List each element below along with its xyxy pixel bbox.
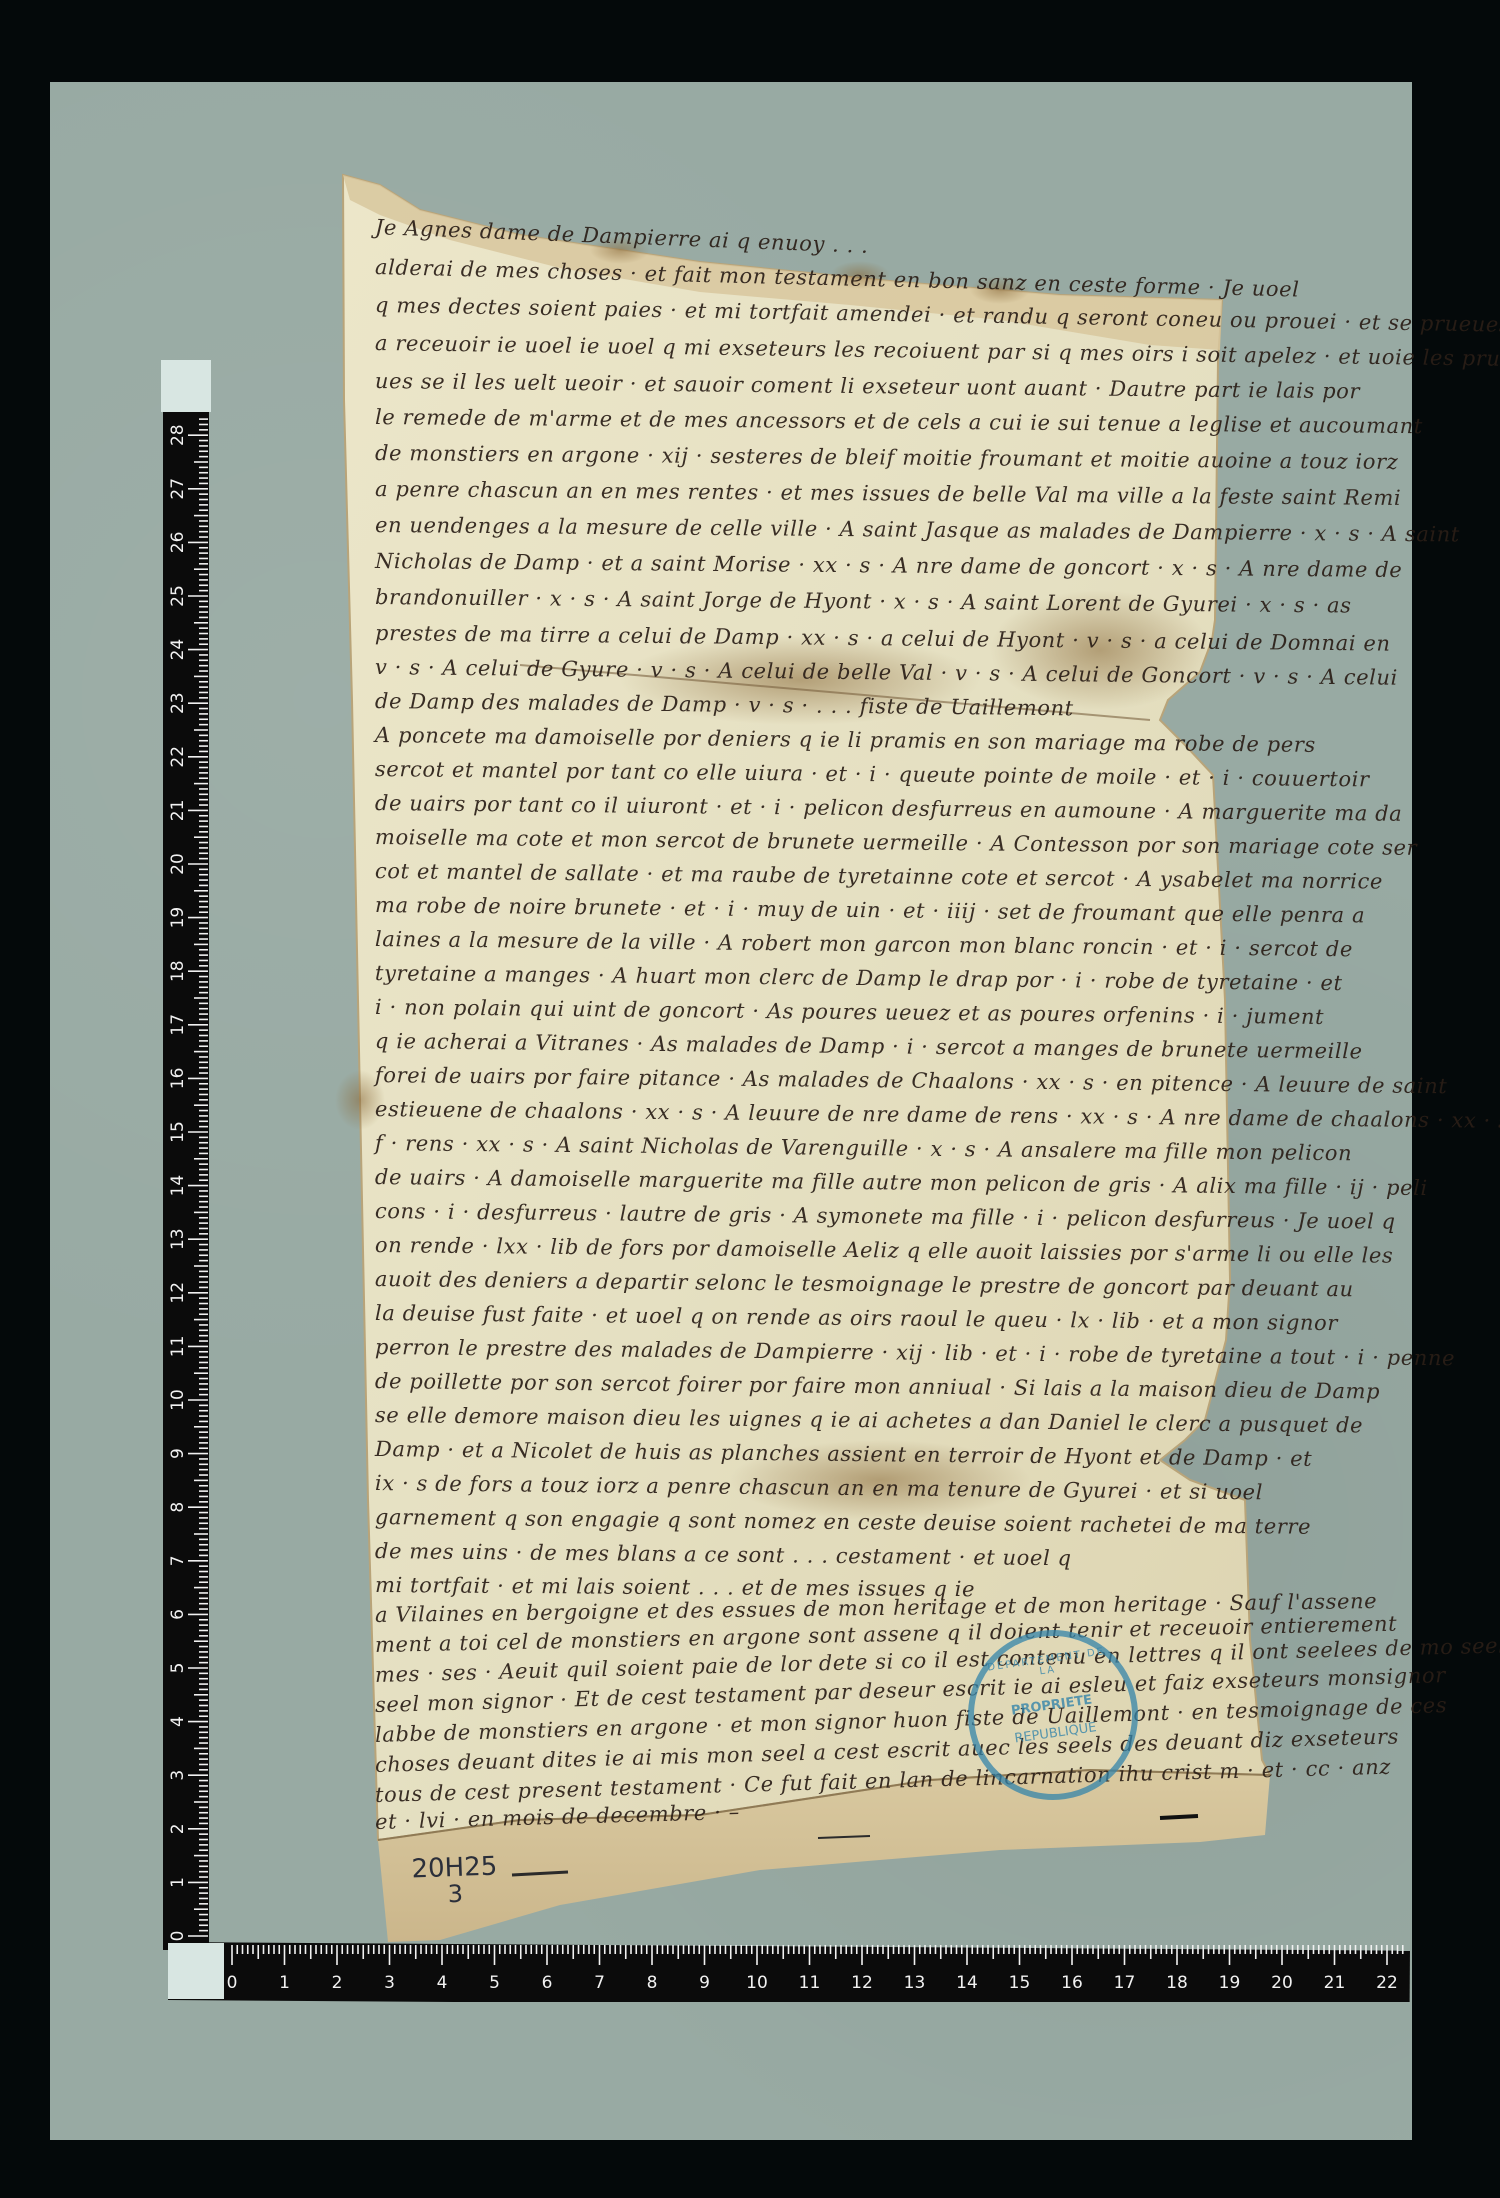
svg-text:21: 21 — [1324, 1973, 1346, 1993]
stamp-ring-text: DEPARTEMENT DE LA — [976, 1645, 1118, 1686]
svg-text:8: 8 — [647, 1973, 658, 1993]
svg-text:5: 5 — [489, 1973, 500, 1993]
svg-text:17: 17 — [168, 1014, 188, 1036]
svg-text:13: 13 — [168, 1228, 188, 1250]
shelfmark-label: 20H25 3 — [411, 1854, 498, 1909]
svg-text:28: 28 — [168, 424, 188, 446]
svg-text:7: 7 — [168, 1555, 188, 1566]
svg-text:9: 9 — [168, 1448, 188, 1459]
svg-text:23: 23 — [168, 692, 188, 714]
svg-text:16: 16 — [168, 1068, 188, 1090]
svg-text:6: 6 — [168, 1609, 188, 1620]
vertical-scale-ruler: 0123456789101112131415161718192021222324… — [161, 360, 211, 1950]
svg-text:3: 3 — [384, 1973, 395, 1993]
svg-text:6: 6 — [542, 1973, 553, 1993]
svg-text:15: 15 — [1009, 1973, 1031, 1993]
svg-text:18: 18 — [168, 960, 188, 982]
svg-text:20: 20 — [168, 853, 188, 875]
svg-text:2: 2 — [168, 1823, 188, 1834]
svg-text:22: 22 — [168, 746, 188, 768]
svg-text:19: 19 — [1219, 1973, 1241, 1993]
svg-text:20: 20 — [1271, 1973, 1293, 1993]
svg-text:14: 14 — [168, 1175, 188, 1197]
svg-text:9: 9 — [699, 1973, 710, 1993]
svg-text:12: 12 — [168, 1282, 188, 1304]
svg-text:11: 11 — [799, 1973, 821, 1993]
ruler-corner-block — [168, 1943, 224, 1999]
svg-text:15: 15 — [168, 1121, 188, 1143]
stamp-inner-text: REPUBLIQUE — [976, 1715, 1135, 1752]
svg-text:5: 5 — [168, 1663, 188, 1674]
svg-text:0: 0 — [227, 1973, 238, 1993]
svg-text:18: 18 — [1166, 1973, 1188, 1993]
svg-text:13: 13 — [904, 1973, 926, 1993]
svg-text:10: 10 — [746, 1973, 768, 1993]
svg-text:3: 3 — [168, 1770, 188, 1781]
svg-text:26: 26 — [168, 532, 188, 554]
svg-text:1: 1 — [168, 1877, 188, 1888]
svg-text:4: 4 — [437, 1973, 448, 1993]
svg-text:19: 19 — [168, 907, 188, 929]
svg-text:21: 21 — [168, 800, 188, 822]
svg-text:12: 12 — [851, 1973, 873, 1993]
svg-text:25: 25 — [168, 585, 188, 607]
svg-text:4: 4 — [168, 1716, 188, 1727]
svg-text:14: 14 — [956, 1973, 978, 1993]
svg-text:8: 8 — [168, 1502, 188, 1513]
svg-text:16: 16 — [1061, 1973, 1083, 1993]
svg-text:17: 17 — [1114, 1973, 1136, 1993]
svg-text:27: 27 — [168, 478, 188, 500]
svg-text:24: 24 — [168, 639, 188, 661]
svg-text:10: 10 — [168, 1389, 188, 1411]
svg-text:0: 0 — [168, 1931, 188, 1942]
horizontal-scale-ruler: 012345678910111213141516171819202122 — [168, 1942, 1410, 2002]
svg-text:11: 11 — [168, 1336, 188, 1358]
svg-text:22: 22 — [1376, 1973, 1398, 1993]
parchment-sheet — [0, 0, 1500, 2198]
svg-text:2: 2 — [332, 1973, 343, 1993]
svg-text:7: 7 — [594, 1973, 605, 1993]
svg-text:1: 1 — [279, 1973, 290, 1993]
